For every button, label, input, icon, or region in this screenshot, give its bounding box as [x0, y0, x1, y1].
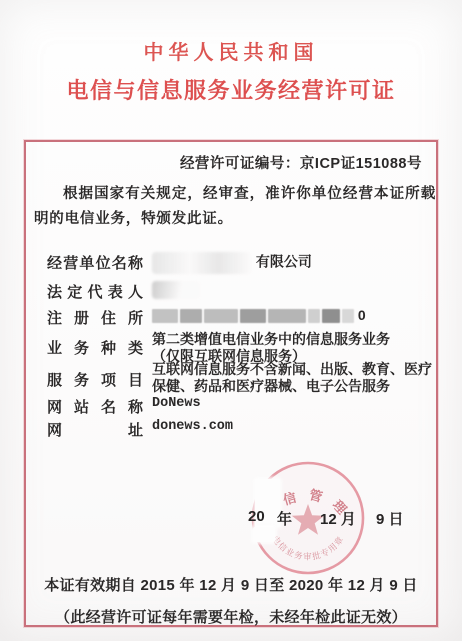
license-number: 经营许可证编号：京ICP证151088号: [26, 152, 422, 173]
annual-inspection-note: （此经营许可证每年需要年检，未经年检此证无效）: [26, 606, 436, 627]
service-items-line2: 保健、药品和医疗器械、电子公告服务: [152, 378, 436, 395]
issue-date-year-suffix: 年: [277, 508, 292, 529]
field-value: 第二类增值电信业务中的信息服务业务 （仅限互联网信息服务）: [152, 331, 436, 364]
address-suffix: 0: [358, 307, 366, 323]
company-name-suffix: 有限公司: [256, 254, 312, 270]
redaction-block: [152, 252, 252, 274]
field-label: 注册住所: [47, 307, 143, 328]
field-label: 经营单位名称: [47, 252, 143, 273]
business-category-line1: 第二类增值电信业务中的信息服务业务: [152, 331, 436, 348]
issue-date-month: 12 月: [320, 508, 356, 529]
country-title: 中华人民共和国: [0, 36, 462, 65]
issue-date-year-prefix: 20: [248, 508, 265, 525]
field-label: 服务项目: [47, 369, 143, 390]
validity-line: 本证有效期自 2015 年 12 月 9 日至 2020 年 12 月 9 日: [26, 574, 436, 595]
website-name-value: DoNews: [152, 396, 436, 413]
service-items-line1: 互联网信息服务不含新闻、出版、教育、医疗: [152, 361, 436, 378]
field-value: 有限公司: [152, 252, 436, 274]
website-url-value: donews.com: [152, 419, 436, 436]
certificate-border-frame: 经营许可证编号：京ICP证151088号 根据国家有关规定，经审查，准许你单位经…: [24, 140, 438, 627]
redaction-block: [253, 527, 275, 542]
field-value: [152, 281, 436, 299]
field-label: 法定代表人: [47, 281, 143, 302]
intro-paragraph: 根据国家有关规定，经审查，准许你单位经营本证所载明的电信业务，特颁发此证。: [34, 182, 436, 232]
field-value: 互联网信息服务不含新闻、出版、教育、医疗 保健、药品和医疗器械、电子公告服务: [152, 361, 436, 394]
field-label: 业务种类: [47, 337, 143, 358]
field-value: 0: [152, 307, 436, 324]
redaction-block: [152, 309, 354, 323]
certificate-page: 中华人民共和国 电信与信息服务业务经营许可证 经营许可证编号：京ICP证1510…: [0, 0, 462, 641]
issue-date-day: 9 日: [376, 508, 404, 529]
field-label: 网站名称: [47, 396, 143, 417]
redaction-block: [152, 281, 200, 299]
certificate-title: 电信与信息服务业务经营许可证: [0, 74, 462, 105]
field-label: 网址: [47, 419, 143, 440]
